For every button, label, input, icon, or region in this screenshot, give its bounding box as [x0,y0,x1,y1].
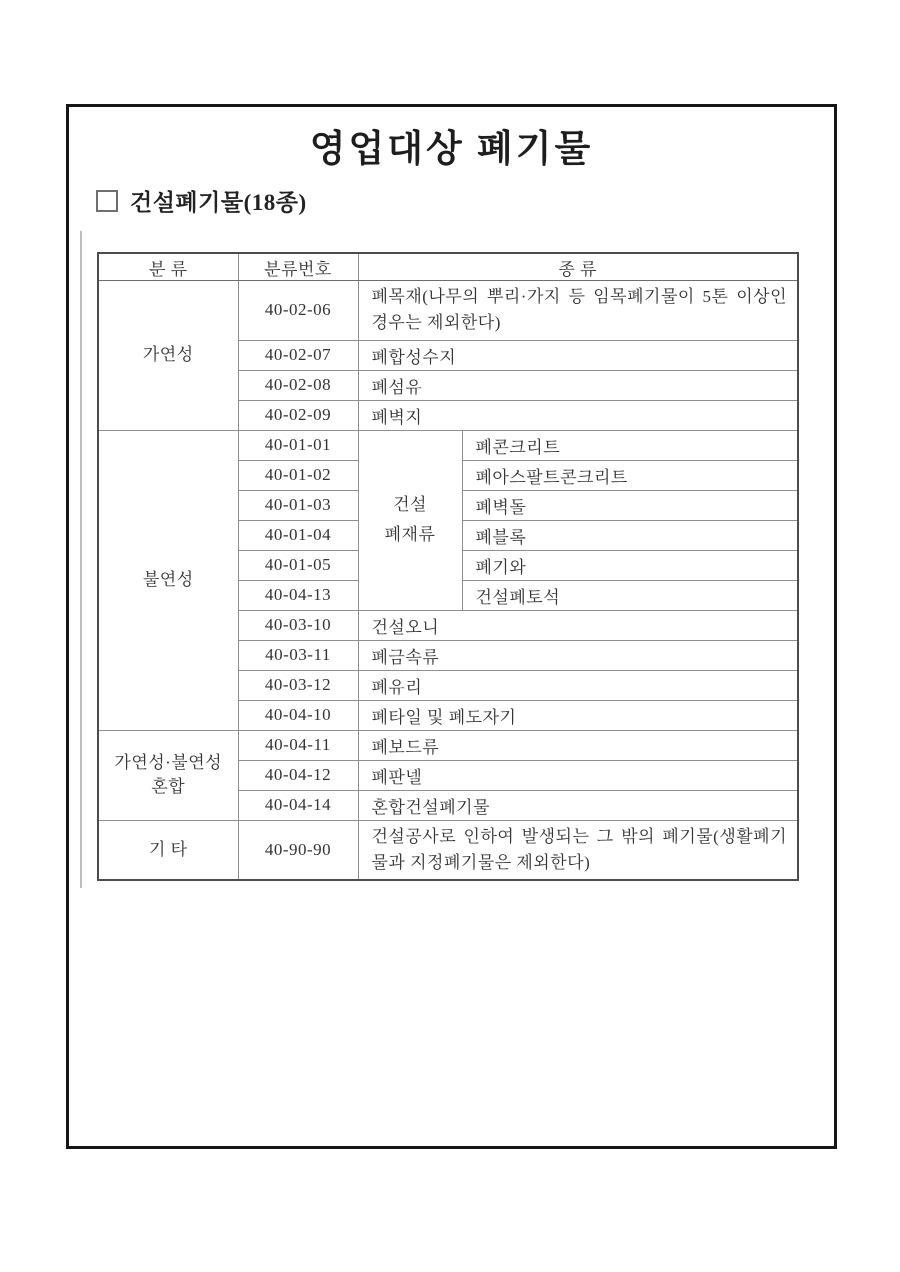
code-cell: 40-02-09 [238,400,358,430]
class-cell: 가연성 [98,281,238,431]
code-cell: 40-01-05 [238,550,358,580]
code-cell: 40-02-07 [238,340,358,370]
code-cell: 40-01-04 [238,520,358,550]
kind-cell: 건설공사로 인하여 발생되는 그 밖의 폐기물(생활폐기물과 지정폐기물은 제외… [358,820,798,880]
code-cell: 40-04-13 [238,580,358,610]
page-title: 영업대상 폐기물 [66,118,837,172]
kind-cell: 폐판넬 [358,760,798,790]
kind-cell: 폐보드류 [358,730,798,760]
kind-cell: 폐유리 [358,670,798,700]
empty-checkbox-icon [96,190,118,212]
kind-cell: 폐합성수지 [358,340,798,370]
section-heading: 건설폐기물(18종) [96,184,307,217]
table-row: 기 타 40-90-90 건설공사로 인하여 발생되는 그 밖의 폐기물(생활폐… [98,820,798,880]
kind-cell: 폐벽지 [358,400,798,430]
code-cell: 40-03-11 [238,640,358,670]
kind-cell: 폐금속류 [358,640,798,670]
code-cell: 40-03-10 [238,610,358,640]
kind-cell: 건설폐토석 [462,580,798,610]
kind-cell: 폐아스팔트콘크리트 [462,460,798,490]
subgroup-cell: 건설 폐재류 [358,430,462,610]
table-header-row: 분 류 분류번호 종 류 [98,253,798,281]
kind-cell: 폐기와 [462,550,798,580]
code-cell: 40-01-01 [238,430,358,460]
kind-cell: 폐콘크리트 [462,430,798,460]
code-cell: 40-01-03 [238,490,358,520]
kind-cell: 건설오니 [358,610,798,640]
code-cell: 40-90-90 [238,820,358,880]
code-cell: 40-01-02 [238,460,358,490]
table-row: 가연성 40-02-06 폐목재(나무의 뿌리·가지 등 임목폐기물이 5톤 이… [98,281,798,341]
class-cell: 불연성 [98,430,238,730]
table-row: 불연성 40-01-01 건설 폐재류 폐콘크리트 [98,430,798,460]
header-classification: 분 류 [98,253,238,281]
header-code: 분류번호 [238,253,358,281]
kind-cell: 혼합건설폐기물 [358,790,798,820]
kind-cell: 폐섬유 [358,370,798,400]
table-row: 가연성·불연성 혼합 40-04-11 폐보드류 [98,730,798,760]
kind-cell: 폐타일 및 폐도자기 [358,700,798,730]
code-cell: 40-02-08 [238,370,358,400]
kind-cell: 폐벽돌 [462,490,798,520]
code-cell: 40-04-11 [238,730,358,760]
code-cell: 40-04-12 [238,760,358,790]
kind-cell: 폐목재(나무의 뿌리·가지 등 임목폐기물이 5톤 이상인 경우는 제외한다) [358,281,798,341]
waste-classification-table: 분 류 분류번호 종 류 가연성 40-02-06 폐목재(나무의 뿌리·가지 … [97,252,799,881]
kind-cell: 폐블록 [462,520,798,550]
left-margin-line [80,231,82,888]
section-label: 건설폐기물(18종) [130,184,307,217]
code-cell: 40-03-12 [238,670,358,700]
class-cell: 기 타 [98,820,238,880]
class-cell: 가연성·불연성 혼합 [98,730,238,820]
code-cell: 40-04-14 [238,790,358,820]
code-cell: 40-02-06 [238,281,358,341]
header-kind: 종 류 [358,253,798,281]
code-cell: 40-04-10 [238,700,358,730]
